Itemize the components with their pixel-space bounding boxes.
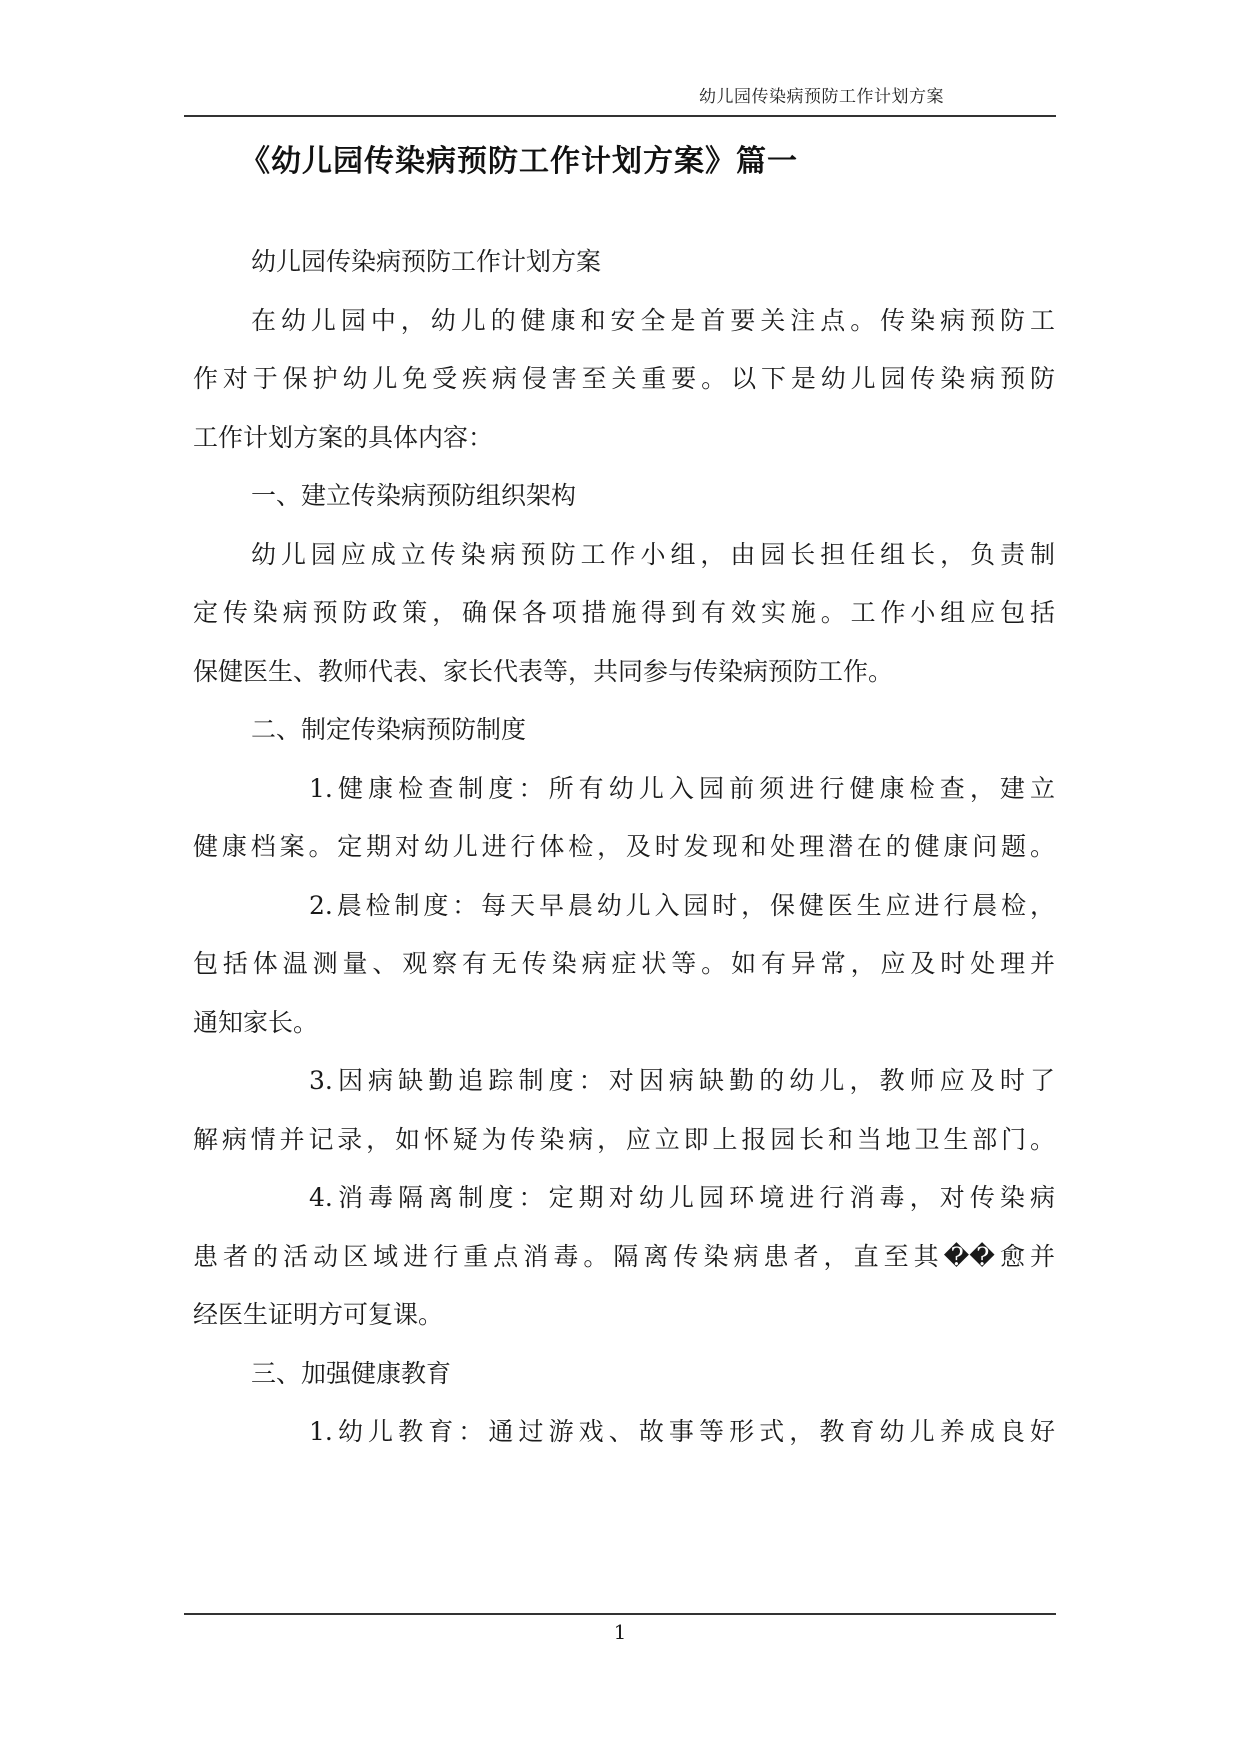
- paragraph-line: 通知家长。: [193, 1005, 1055, 1064]
- section-heading: 二、制定传染病预防制度: [193, 712, 1055, 771]
- paragraph-line: 保健医生、教师代表、家长代表等，共同参与传染病预防工作。: [193, 654, 1055, 713]
- paragraph-line: 解病情并记录，如怀疑为传染病，应立即上报园长和当地卫生部门。: [193, 1122, 1055, 1181]
- footer-divider: [184, 1613, 1056, 1615]
- section-heading: 一、建立传染病预防组织架构: [193, 478, 1055, 537]
- paragraph-line: 作对于保护幼儿免受疾病侵害至关重要。以下是幼儿园传染病预防: [193, 361, 1055, 420]
- paragraph-line: 幼儿园应成立传染病预防工作小组，由园长担任组长，负责制: [193, 537, 1055, 596]
- document-title: 《幼儿园传染病预防工作计划方案》篇一: [240, 136, 798, 180]
- subtitle-line: 幼儿园传染病预防工作计划方案: [193, 244, 1055, 303]
- header-divider: [184, 115, 1056, 117]
- paragraph-line: 工作计划方案的具体内容：: [193, 420, 1055, 479]
- list-item-line: 2.晨检制度：每天早晨幼儿入园时，保健医生应进行晨检，: [193, 888, 1055, 947]
- section-heading: 三、加强健康教育: [193, 1356, 1055, 1415]
- paragraph-line: 健康档案。定期对幼儿进行体检，及时发现和处理潜在的健康问题。: [193, 829, 1055, 888]
- running-header: 幼儿园传染病预防工作计划方案: [699, 82, 944, 107]
- list-item-line: 3.因病缺勤追踪制度：对因病缺勤的幼儿，教师应及时了: [193, 1063, 1055, 1122]
- paragraph-line: 经医生证明方可复课。: [193, 1297, 1055, 1356]
- list-item-line: 1.幼儿教育：通过游戏、故事等形式，教育幼儿养成良好: [193, 1414, 1055, 1473]
- paragraph-line: 定传染病预防政策，确保各项措施得到有效实施。工作小组应包括: [193, 595, 1055, 654]
- paragraph-line: 包括体温测量、观察有无传染病症状等。如有异常，应及时处理并: [193, 946, 1055, 1005]
- list-item-line: 4.消毒隔离制度：定期对幼儿园环境进行消毒，对传染病: [193, 1180, 1055, 1239]
- paragraph-line: 在幼儿园中，幼儿的健康和安全是首要关注点。传染病预防工: [193, 303, 1055, 362]
- document-body: 幼儿园传染病预防工作计划方案 在幼儿园中，幼儿的健康和安全是首要关注点。传染病预…: [193, 244, 1055, 1473]
- paragraph-line: 患者的活动区域进行重点消毒。隔离传染病患者，直至其��愈并: [193, 1239, 1055, 1298]
- list-item-line: 1.健康检查制度：所有幼儿入园前须进行健康检查，建立: [193, 771, 1055, 830]
- page-number: 1: [0, 1620, 1240, 1644]
